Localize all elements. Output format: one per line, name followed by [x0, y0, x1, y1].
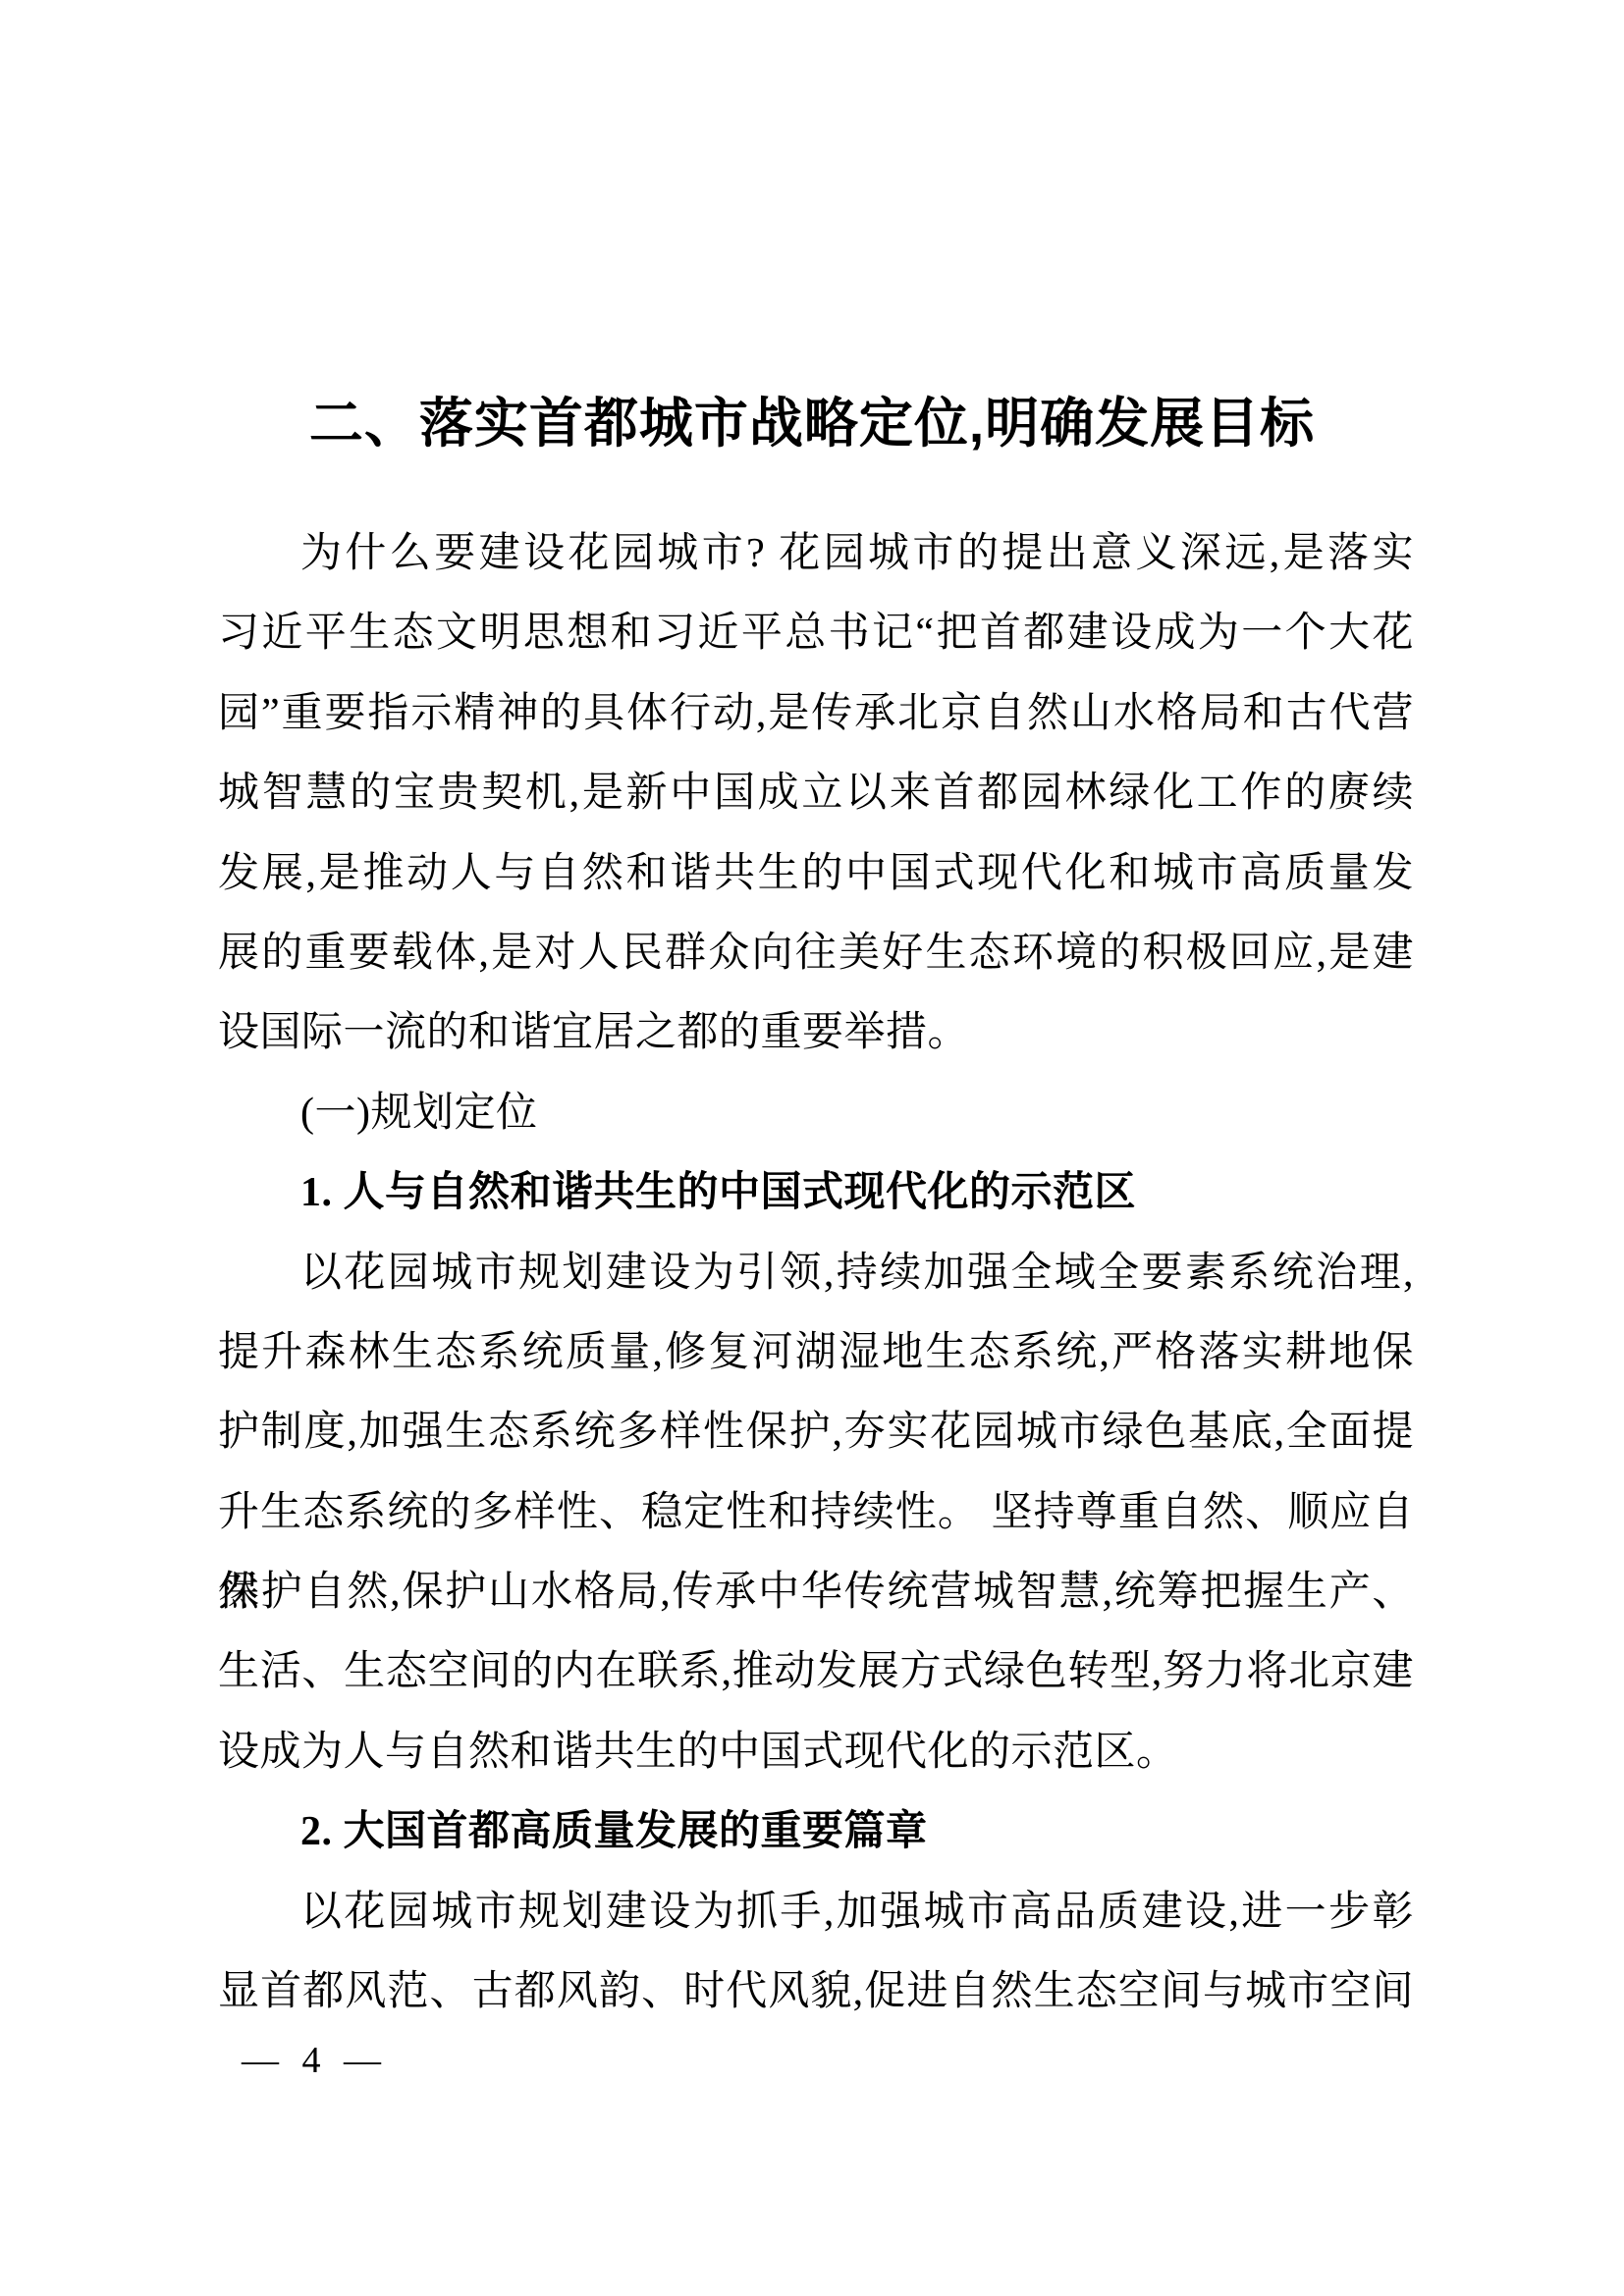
intro-paragraph-line: 展的重要载体,是对人民群众向往美好生态环境的积极回应,是建: [218, 914, 1414, 993]
subsection-label: (一)规划定位: [218, 1074, 1414, 1153]
item1-paragraph-line: 升生态系统的多样性、稳定性和持续性。 坚持尊重自然、顺应自然、: [218, 1473, 1414, 1553]
item1-paragraph-line: 护制度,加强生态系统多样性保护,夯实花园城市绿色基底,全面提: [218, 1393, 1414, 1472]
intro-paragraph-line: 园”重要指示精神的具体行动,是传承北京自然山水格局和古代营: [218, 674, 1414, 754]
intro-paragraph-line: 习近平生态文明思想和习近平总书记“把首都建设成为一个大花: [218, 594, 1414, 673]
document-page: 二、落实首都城市战略定位,明确发展目标 为什么要建设花园城市? 花园城市的提出意…: [0, 0, 1624, 2296]
intro-paragraph-line: 发展,是推动人与自然和谐共生的中国式现代化和城市高质量发: [218, 834, 1414, 914]
intro-paragraph-line: 城智慧的宝贵契机,是新中国成立以来首都园林绿化工作的赓续: [218, 754, 1414, 833]
section-title: 二、落实首都城市战略定位,明确发展目标: [0, 394, 1624, 453]
item2-paragraph-line: 显首都风范、古都风韵、时代风貌,促进自然生态空间与城市空间: [218, 1952, 1414, 2032]
item2-paragraph-line: 以花园城市规划建设为抓手,加强城市高品质建设,进一步彰: [218, 1873, 1414, 1952]
item1-paragraph-line: 以花园城市规划建设为引领,持续加强全域全要素系统治理,: [218, 1234, 1414, 1313]
item1-paragraph-line: 保护自然,保护山水格局,传承中华传统营城智慧,统筹把握生产、: [218, 1553, 1414, 1632]
intro-paragraph-line: 为什么要建设花园城市? 花园城市的提出意义深远,是落实: [218, 514, 1414, 594]
numbered-heading-2: 2. 大国首都高质量发展的重要篇章: [218, 1792, 1414, 1872]
document-body: 为什么要建设花园城市? 花园城市的提出意义深远,是落实 习近平生态文明思想和习近…: [218, 514, 1414, 2032]
intro-paragraph-line: 设国际一流的和谐宜居之都的重要举措。: [218, 993, 1414, 1073]
numbered-heading-1: 1. 人与自然和谐共生的中国式现代化的示范区: [218, 1153, 1414, 1233]
page-footer: — 4 —: [242, 2040, 388, 2081]
item1-paragraph-line: 提升森林生态系统质量,修复河湖湿地生态系统,严格落实耕地保: [218, 1313, 1414, 1393]
item1-paragraph-line: 设成为人与自然和谐共生的中国式现代化的示范区。: [218, 1713, 1414, 1792]
page-number: — 4 —: [242, 2040, 388, 2081]
item1-paragraph-line: 生活、生态空间的内在联系,推动发展方式绿色转型,努力将北京建: [218, 1632, 1414, 1712]
